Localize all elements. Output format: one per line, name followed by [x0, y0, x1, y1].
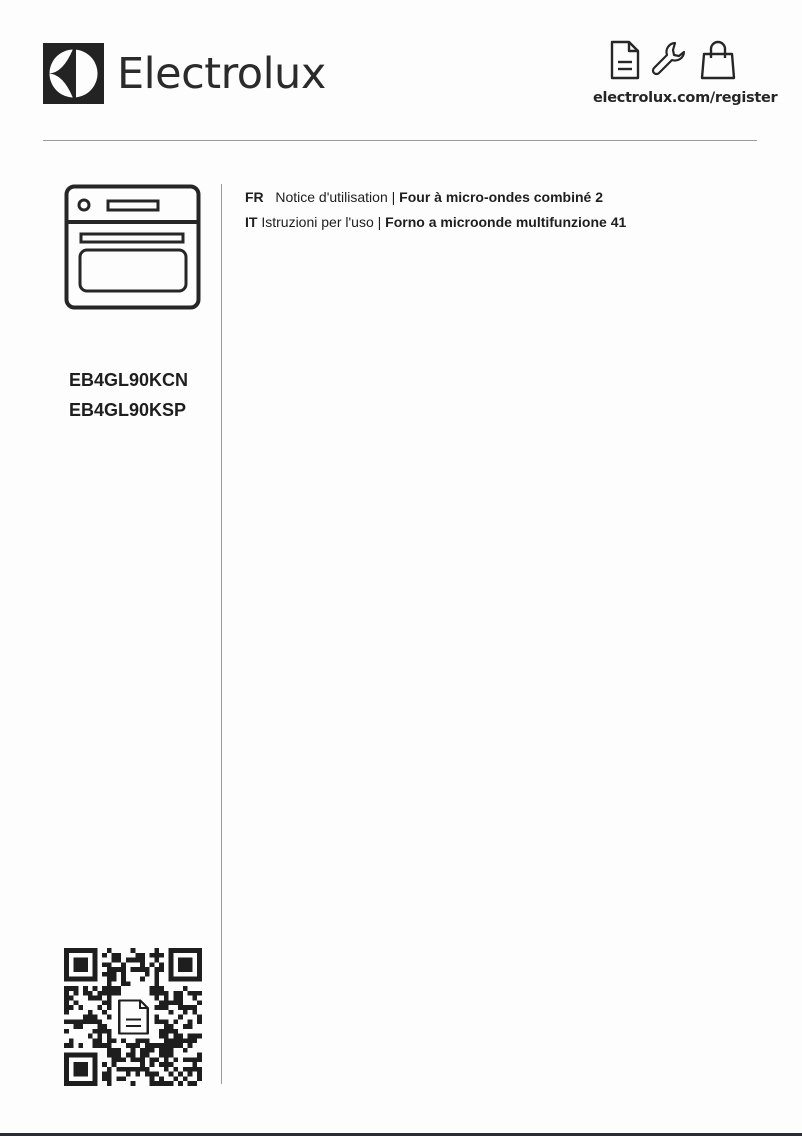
language-contents: FR Notice d'utilisation | Four à micro-o… [245, 185, 626, 235]
separator: | [392, 189, 396, 205]
doc-type: Istruzioni per l'uso [261, 214, 373, 230]
column-divider [221, 184, 222, 1084]
page-number: 41 [611, 214, 627, 230]
doc-type: Notice d'utilisation [275, 189, 387, 205]
register-url[interactable]: electrolux.com/register [593, 90, 777, 106]
wrench-icon [650, 40, 690, 80]
qr-code-icon[interactable] [64, 948, 202, 1086]
oven-icon [64, 184, 201, 310]
shopping-bag-icon [699, 40, 737, 80]
header-divider [43, 140, 757, 141]
doc-title: Four à micro-ondes combiné [399, 189, 591, 205]
page-number: 2 [595, 189, 603, 205]
model-number: EB4GL90KSP [69, 395, 188, 425]
register-icons [609, 40, 737, 82]
contents-row-fr[interactable]: FR Notice d'utilisation | Four à micro-o… [245, 185, 626, 210]
model-number: EB4GL90KCN [69, 365, 188, 395]
language-code: FR [245, 189, 264, 205]
doc-title: Forno a microonde multifunzione [385, 214, 607, 230]
brand-wordmark: Electrolux [117, 48, 326, 100]
model-list: EB4GL90KCN EB4GL90KSP [69, 365, 188, 425]
separator: | [378, 214, 382, 230]
electrolux-logo-icon [43, 43, 104, 104]
language-code: IT [245, 214, 257, 230]
document-icon [609, 40, 641, 80]
contents-row-it[interactable]: IT Istruzioni per l'uso | Forno a microo… [245, 210, 626, 235]
